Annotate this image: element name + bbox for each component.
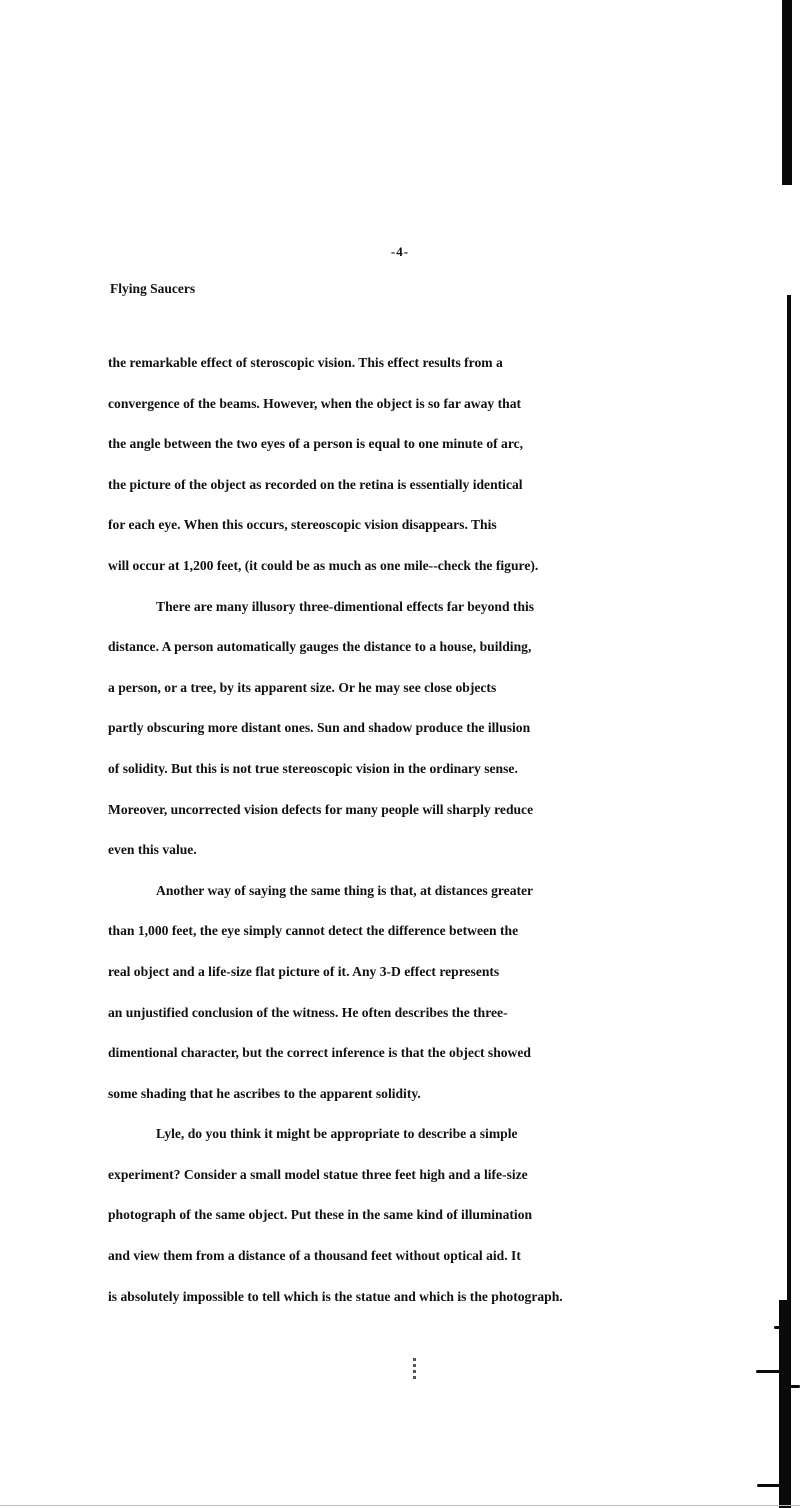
text-line: distance. A person automatically gauges … [108, 627, 698, 668]
text-line: is absolutely impossible to tell which i… [108, 1277, 698, 1318]
text-line: some shading that he ascribes to the app… [108, 1074, 698, 1115]
scan-edge-line-lower [779, 1300, 788, 1508]
scan-tick-mark [788, 1385, 800, 1388]
scan-edge-bar [782, 0, 792, 185]
paragraph: Lyle, do you think it might be appropria… [108, 1114, 698, 1317]
page-number: -4- [0, 244, 800, 260]
paragraph: Another way of saying the same thing is … [108, 871, 698, 1115]
text-line: dimentional character, but the correct i… [108, 1033, 698, 1074]
text-line: convergence of the beams. However, when … [108, 384, 698, 425]
scan-tick-mark [757, 1484, 781, 1487]
text-line: than 1,000 feet, the eye simply cannot d… [108, 911, 698, 952]
text-line: Moreover, uncorrected vision defects for… [108, 790, 698, 831]
text-line: will occur at 1,200 feet, (it could be a… [108, 546, 698, 587]
text-line: Another way of saying the same thing is … [108, 871, 698, 912]
scan-tick-mark [756, 1370, 780, 1373]
text-line: even this value. [108, 830, 698, 871]
paragraph: the remarkable effect of steroscopic vis… [108, 343, 698, 587]
text-line: partly obscuring more distant ones. Sun … [108, 708, 698, 749]
running-head: Flying Saucers [110, 281, 195, 297]
text-line: Lyle, do you think it might be appropria… [108, 1114, 698, 1155]
text-line: experiment? Consider a small model statu… [108, 1155, 698, 1196]
text-line: the picture of the object as recorded on… [108, 465, 698, 506]
text-line: the angle between the two eyes of a pers… [108, 424, 698, 465]
paragraph: There are many illusory three-dimentiona… [108, 587, 698, 871]
text-line: There are many illusory three-dimentiona… [108, 587, 698, 628]
text-line: and view them from a distance of a thous… [108, 1236, 698, 1277]
scan-tick-mark [774, 1326, 780, 1329]
body-text: the remarkable effect of steroscopic vis… [108, 343, 698, 1317]
text-line: for each eye. When this occurs, stereosc… [108, 505, 698, 546]
text-line: photograph of the same object. Put these… [108, 1195, 698, 1236]
text-line: a person, or a tree, by its apparent siz… [108, 668, 698, 709]
scan-specks [413, 1358, 416, 1380]
scanned-page: -4- Flying Saucers the remarkable effect… [0, 0, 800, 1508]
text-line: the remarkable effect of steroscopic vis… [108, 343, 698, 384]
scan-bottom-edge [0, 1505, 800, 1506]
text-line: real object and a life-size flat picture… [108, 952, 698, 993]
text-line: an unjustified conclusion of the witness… [108, 993, 698, 1034]
text-line: of solidity. But this is not true stereo… [108, 749, 698, 790]
